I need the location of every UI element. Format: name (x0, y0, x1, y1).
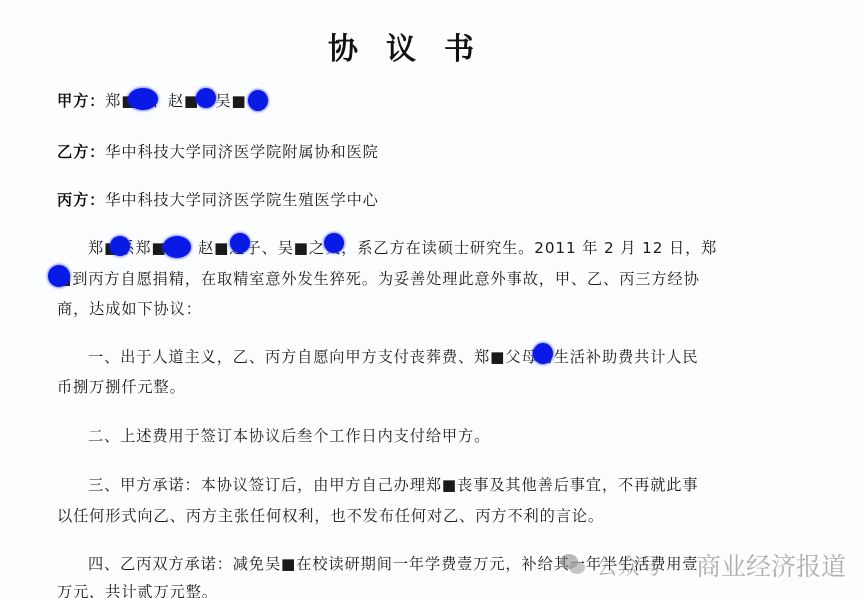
watermark: 公众号 · 商业经济报道 (560, 550, 846, 580)
clause-2-line-1: 二、上述费用于签订本协议后叁个工作日内支付给甲方。 (88, 425, 490, 446)
redaction-mark (110, 236, 130, 256)
clause-1-line-2: 币捌万捌仟元整。 (57, 376, 186, 397)
party-c-value: 华中科技大学同济医学院生殖医学中心 (105, 191, 379, 209)
clause-1-line-1: 一、出于人道主义，乙、丙方自愿向甲方支付丧葬费、郑■父母的生活补助费共计人民 (88, 346, 699, 367)
preamble-line-2: ■到丙方自愿捐精，在取精室意外发生猝死。为妥善处理此意外事故，甲、乙、丙三方经协 (57, 268, 700, 289)
watermark-name: 商业经济报道 (696, 547, 846, 583)
clause-3-line-2: 以任何形式向乙、丙方主张任何权利，也不发布任何对乙、丙方不利的言论。 (57, 505, 604, 526)
redaction-mark (48, 265, 70, 287)
redaction-mark (324, 233, 344, 253)
watermark-source: 公众号 · (596, 550, 676, 581)
party-c-label: 丙方： (57, 191, 105, 209)
party-b-value: 华中科技大学同济医学院附属协和医院 (105, 143, 379, 161)
wechat-icon (560, 554, 586, 576)
clause-4-line-2: 万元，共计贰万元整。 (57, 581, 218, 598)
redaction-mark (248, 90, 268, 111)
preamble-line-3: 商，达成如下协议： (57, 298, 202, 319)
party-b-label: 乙方： (57, 143, 105, 161)
redaction-mark (163, 236, 191, 258)
party-a-label: 甲方： (57, 92, 105, 110)
party-c-line: 丙方：华中科技大学同济医学院生殖医学中心 (57, 189, 379, 210)
clause-3-line-1: 三、甲方承诺：本协议签订后，由甲方自己办理郑■丧事及其他善后事宜，不再就此事 (88, 474, 699, 495)
redaction-mark (128, 88, 158, 110)
redaction-mark (230, 233, 250, 253)
document-title: 协议书 (0, 24, 830, 68)
redaction-mark (196, 88, 216, 108)
party-a-value: 郑■■、赵■、吴■ (105, 92, 246, 110)
redaction-mark (533, 343, 553, 364)
party-b-line: 乙方：华中科技大学同济医学院附属协和医院 (57, 141, 379, 162)
document-page: 协议书 甲方：郑■■、赵■、吴■ 乙方：华中科技大学同济医学院附属协和医院 丙方… (0, 0, 865, 598)
